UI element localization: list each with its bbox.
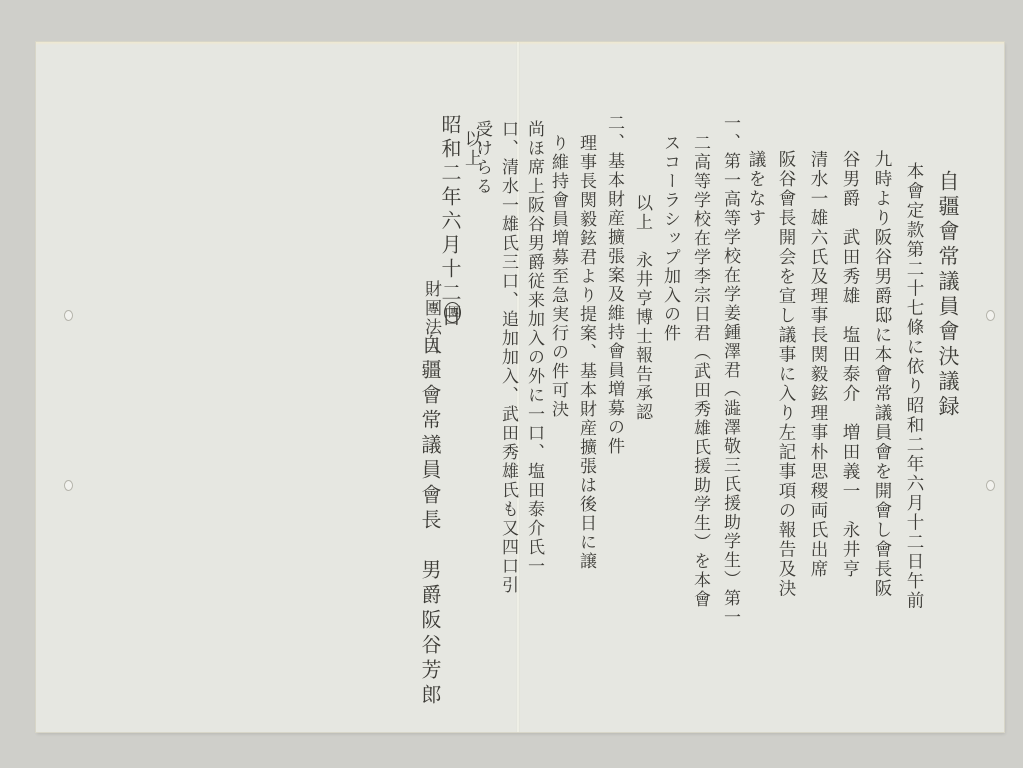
body-line: 谷男爵 武田秀雄 塩田泰介 増田義一 永井亨 bbox=[841, 150, 859, 579]
signature-line: 自疆會常議員會長 男爵阪谷芳郎 bbox=[420, 334, 440, 709]
right-page: 自疆會常議員會決議録 本會定款第二十七條に依り昭和二年六月十二日午前 九時より阪… bbox=[520, 42, 1004, 732]
addendum-line: 尚ほ席上阪谷男爵従来加入の外に一口、塩田泰介氏一 bbox=[525, 120, 542, 576]
seal: 團 bbox=[442, 300, 461, 325]
left-page: 以上 昭和二年六月十二日 財團法人 團 自疆會常議員會長 男爵阪谷芳郎 bbox=[36, 42, 516, 732]
item-1-line: 二高等学校在学李宗日君（武田秀雄氏援助学生）を本會 bbox=[691, 134, 708, 609]
document-sheet: 自疆會常議員會決議録 本會定款第二十七條に依り昭和二年六月十二日午前 九時より阪… bbox=[36, 42, 1004, 732]
date-line: 昭和二年六月十二日 bbox=[440, 114, 460, 330]
seal-stamp: 團 bbox=[444, 302, 461, 323]
item-1-note: 以上 永井亨博士報告承認 bbox=[633, 194, 650, 422]
body-line: 九時より阪谷男爵邸に本會常議員會を開會し會長阪 bbox=[873, 150, 891, 599]
closing-text: 以上 bbox=[462, 130, 479, 168]
body-line: 本會定款第二十七條に依り昭和二年六月十二日午前 bbox=[905, 162, 923, 611]
item-1-line: スコーラシップ加入の件 bbox=[661, 134, 678, 343]
item-2-line: り維持會員増募至急実行の件可決 bbox=[549, 134, 566, 419]
item-1-line: 一、第一高等学校在学姜鍾澤君（澁澤敬三氏援助学生）第一 bbox=[721, 114, 738, 627]
body-line: 清水一雄六氏及理事長関毅鉉理事朴思稷両氏出席 bbox=[809, 150, 827, 579]
document-title: 自疆會常議員會決議録 bbox=[937, 170, 958, 420]
item-2-line: 二、基本財産擴張案及維持會員増募の件 bbox=[605, 114, 622, 456]
body-line: 阪谷會長開会を宣し議事に入り左記事項の報告及決 bbox=[777, 150, 795, 599]
body-line: 議をなす bbox=[747, 150, 765, 228]
item-2-line: 理事長関毅鉉君より提案、基本財産擴張は後日に譲 bbox=[577, 134, 594, 571]
